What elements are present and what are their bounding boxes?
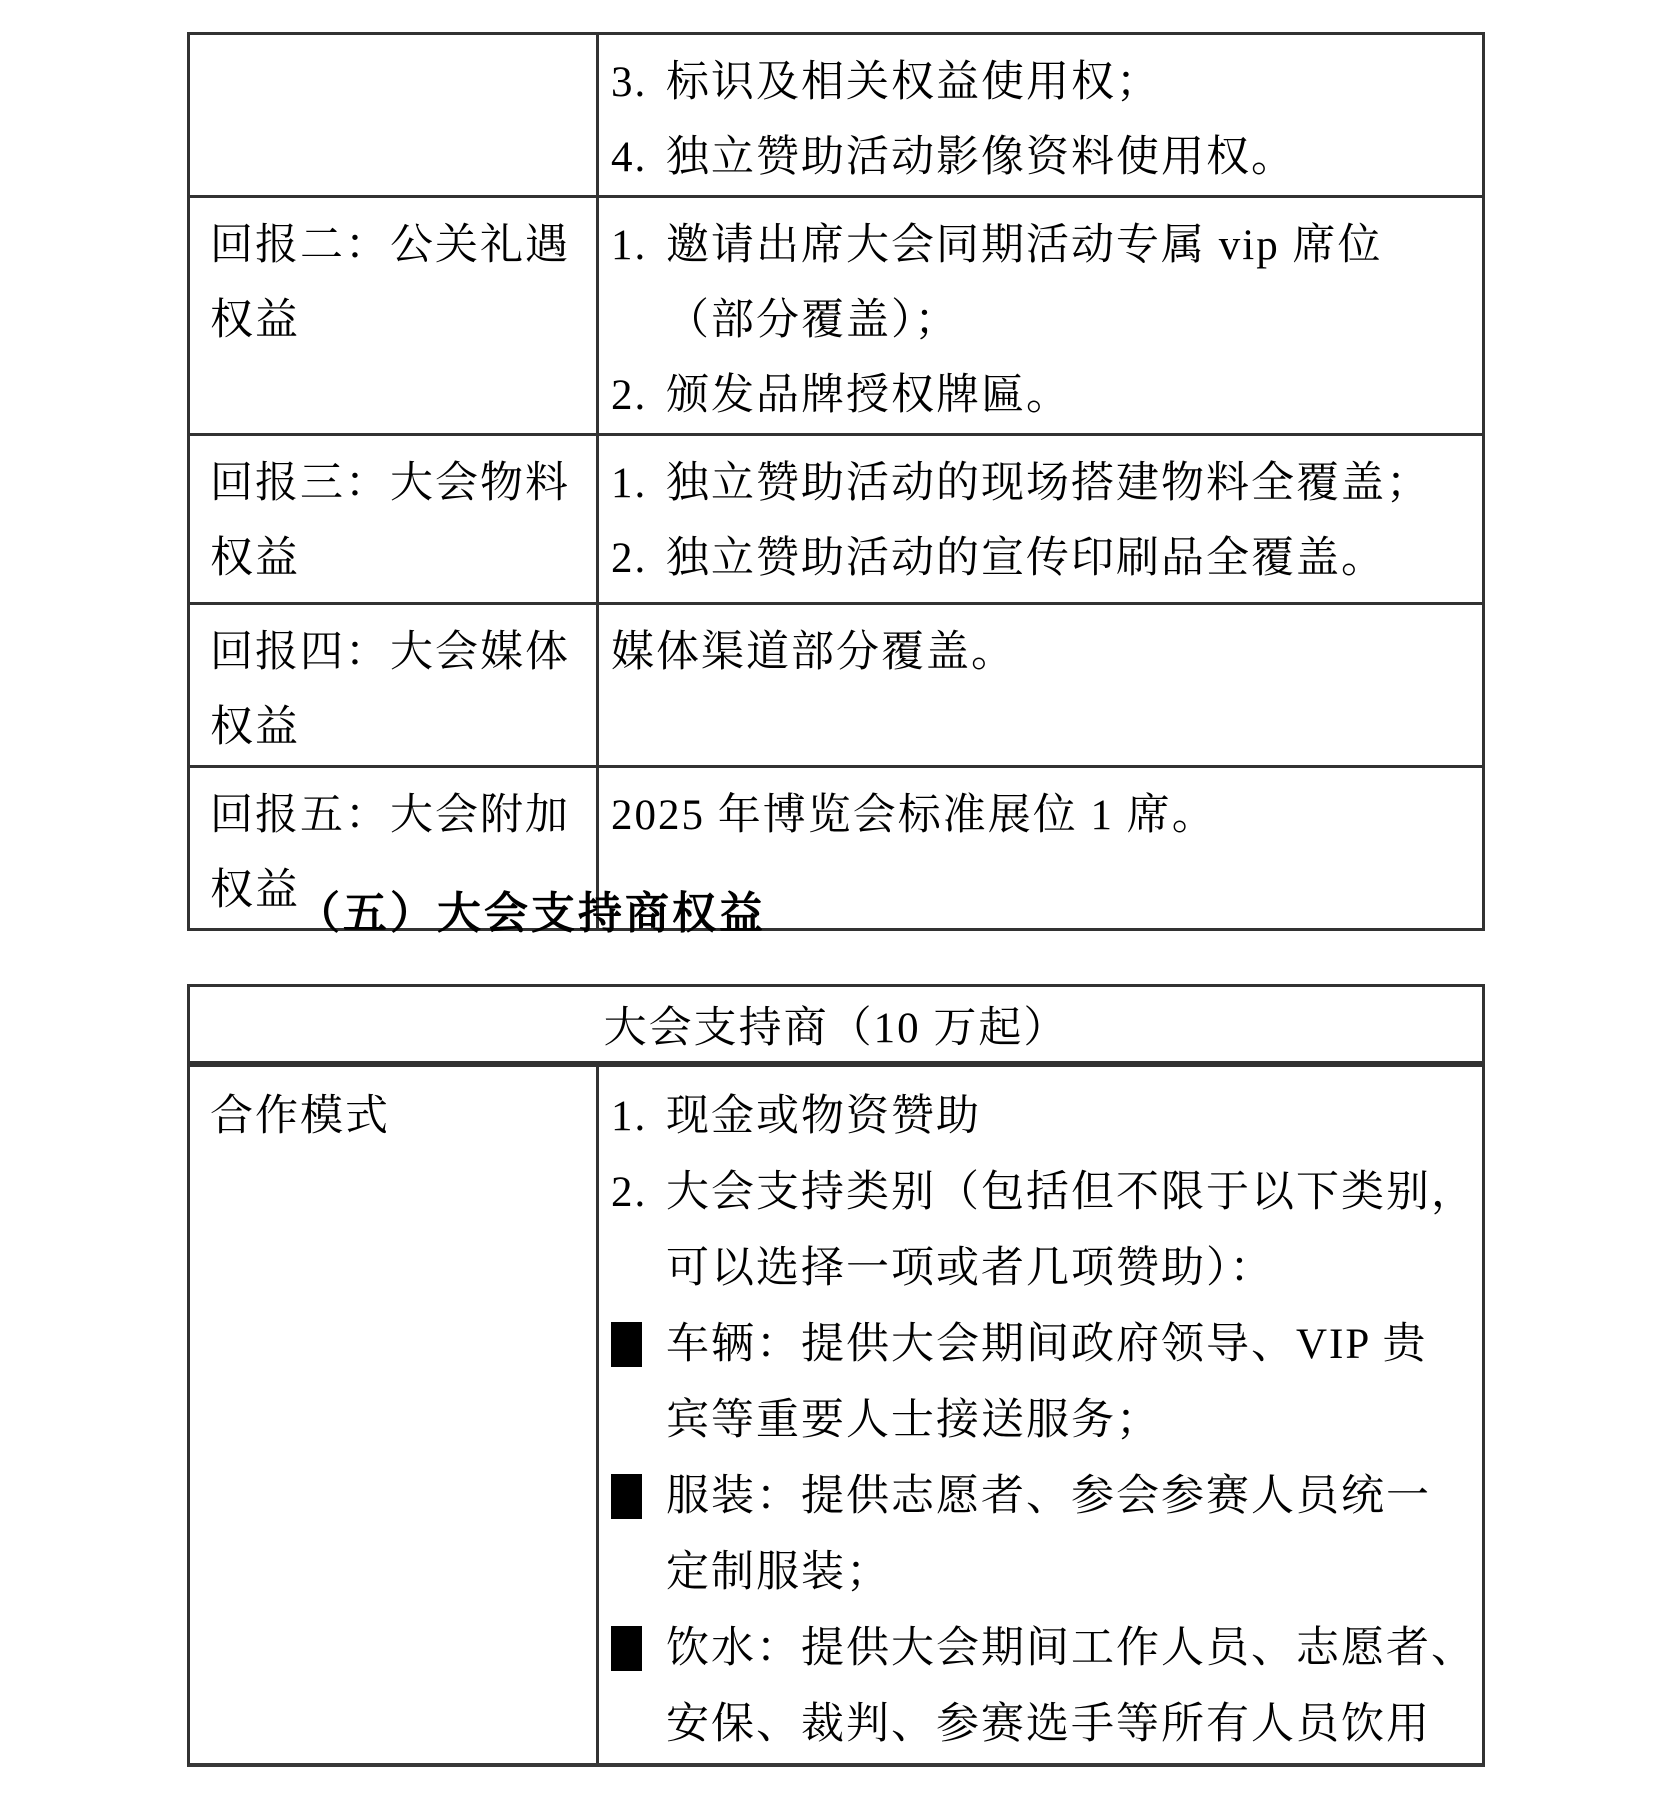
list-item-text: 定制服装；: [666, 1549, 891, 1596]
list-item-text: 大会支持类别（包括但不限于以下类别，: [666, 1169, 1476, 1216]
row-label: 回报五：大会附加: [210, 778, 590, 853]
list-item: 媒体渠道部分覆盖。: [611, 615, 1476, 690]
list-marker: 1.: [611, 1079, 666, 1155]
list-item: 1.现金或物资赞助: [611, 1079, 1476, 1155]
row-label: 权益: [210, 521, 590, 596]
list-marker: 2.: [611, 358, 666, 433]
list-item-text: 2025 年博览会标准展位 1 席。: [611, 792, 1217, 839]
list-item: 车辆：提供大会期间政府领导、VIP 贵: [611, 1307, 1476, 1383]
list-item: 服装：提供志愿者、参会参赛人员统一: [611, 1459, 1476, 1535]
table-row: 回报四：大会媒体权益媒体渠道部分覆盖。: [190, 602, 1482, 765]
row-label-cell: [190, 35, 599, 195]
row-label: 回报二：公关礼遇: [210, 208, 590, 283]
row-content-cell: 3.标识及相关权益使用权；4.独立赞助活动影像资料使用权。: [599, 35, 1482, 195]
list-marker: 1.: [611, 446, 666, 521]
list-marker: 3.: [611, 45, 666, 120]
list-item-text: 独立赞助活动影像资料使用权。: [666, 134, 1296, 181]
row-label: 权益: [210, 283, 590, 358]
list-item-text: （部分覆盖）；: [666, 297, 960, 344]
list-item-text: 服装：提供志愿者、参会参赛人员统一: [666, 1473, 1431, 1520]
list-item: 定制服装；: [611, 1535, 1476, 1611]
row-content-cell: 1.独立赞助活动的现场搭建物料全覆盖；2.独立赞助活动的宣传印刷品全覆盖。: [599, 436, 1482, 602]
row-label: 权益: [210, 690, 590, 765]
list-item: 可以选择一项或者几项赞助）：: [611, 1231, 1476, 1307]
list-item-text: 饮水：提供大会期间工作人员、志愿者、: [666, 1625, 1476, 1672]
row-label-cell: 回报三：大会物料权益: [190, 436, 599, 602]
list-item-text: 安保、裁判、参赛选手等所有人员饮用: [666, 1701, 1431, 1748]
list-item-text: 宾等重要人士接送服务；: [666, 1397, 1161, 1444]
table-header-title: 大会支持商（10 万起）: [190, 987, 1482, 1064]
list-item: 2.颁发品牌授权牌匾。: [611, 358, 1476, 433]
list-item-text: 独立赞助活动的现场搭建物料全覆盖；: [666, 460, 1431, 507]
square-bullet-icon: [611, 1459, 666, 1535]
list-item-text: 独立赞助活动的宣传印刷品全覆盖。: [666, 535, 1386, 582]
list-marker: 2.: [611, 521, 666, 596]
row-label: 回报三：大会物料: [210, 446, 590, 521]
list-item: 4.独立赞助活动影像资料使用权。: [611, 120, 1476, 195]
list-item-text: 标识及相关权益使用权；: [666, 59, 1161, 106]
row-label: 回报四：大会媒体: [210, 615, 590, 690]
list-item-text: 现金或物资赞助: [666, 1093, 981, 1140]
document-page: 3.标识及相关权益使用权；4.独立赞助活动影像资料使用权。回报二：公关礼遇权益1…: [0, 0, 1653, 1808]
list-item-text: 邀请出席大会同期活动专属 vip 席位: [666, 222, 1382, 269]
table-header-row: 大会支持商（10 万起）: [190, 987, 1482, 1064]
supporter-table: 大会支持商（10 万起） 合作模式1.现金或物资赞助2.大会支持类别（包括但不限…: [187, 984, 1485, 1767]
row-content-cell: 1.现金或物资赞助2.大会支持类别（包括但不限于以下类别，可以选择一项或者几项赞…: [599, 1067, 1482, 1763]
list-item: 1.邀请出席大会同期活动专属 vip 席位: [611, 208, 1476, 283]
list-item: 饮水：提供大会期间工作人员、志愿者、: [611, 1611, 1476, 1687]
table-row: 合作模式1.现金或物资赞助2.大会支持类别（包括但不限于以下类别，可以选择一项或…: [190, 1064, 1482, 1763]
list-item: 2025 年博览会标准展位 1 席。: [611, 778, 1476, 853]
section-heading: （五）大会支持商权益: [296, 884, 766, 944]
table-row: 回报三：大会物料权益1.独立赞助活动的现场搭建物料全覆盖；2.独立赞助活动的宣传…: [190, 433, 1482, 602]
list-item: 1.独立赞助活动的现场搭建物料全覆盖；: [611, 446, 1476, 521]
row-label-cell: 合作模式: [190, 1067, 599, 1763]
list-item-text: 可以选择一项或者几项赞助）：: [666, 1245, 1275, 1292]
row-content-cell: 媒体渠道部分覆盖。: [599, 605, 1482, 765]
list-item: 宾等重要人士接送服务；: [611, 1383, 1476, 1459]
list-item: 2.大会支持类别（包括但不限于以下类别，: [611, 1155, 1476, 1231]
table-row: 3.标识及相关权益使用权；4.独立赞助活动影像资料使用权。: [190, 35, 1482, 195]
list-item: （部分覆盖）；: [611, 283, 1476, 358]
sponsor-benefits-table: 3.标识及相关权益使用权；4.独立赞助活动影像资料使用权。回报二：公关礼遇权益1…: [187, 32, 1485, 931]
list-item-text: 颁发品牌授权牌匾。: [666, 372, 1071, 419]
table-row: 回报二：公关礼遇权益1.邀请出席大会同期活动专属 vip 席位（部分覆盖）；2.…: [190, 195, 1482, 433]
list-item-text: 车辆：提供大会期间政府领导、VIP 贵: [666, 1321, 1427, 1368]
list-item-text: 媒体渠道部分覆盖。: [611, 629, 1016, 676]
square-bullet-icon: [611, 1611, 666, 1687]
list-marker: 1.: [611, 208, 666, 283]
list-marker: 4.: [611, 120, 666, 195]
list-item: 安保、裁判、参赛选手等所有人员饮用: [611, 1687, 1476, 1763]
list-marker: 2.: [611, 1155, 666, 1231]
row-content-cell: 1.邀请出席大会同期活动专属 vip 席位（部分覆盖）；2.颁发品牌授权牌匾。: [599, 198, 1482, 433]
row-label-cell: 回报四：大会媒体权益: [190, 605, 599, 765]
row-label: 合作模式: [210, 1079, 590, 1155]
list-item: 3.标识及相关权益使用权；: [611, 45, 1476, 120]
list-item: 2.独立赞助活动的宣传印刷品全覆盖。: [611, 521, 1476, 596]
square-bullet-icon: [611, 1307, 666, 1383]
row-label-cell: 回报二：公关礼遇权益: [190, 198, 599, 433]
